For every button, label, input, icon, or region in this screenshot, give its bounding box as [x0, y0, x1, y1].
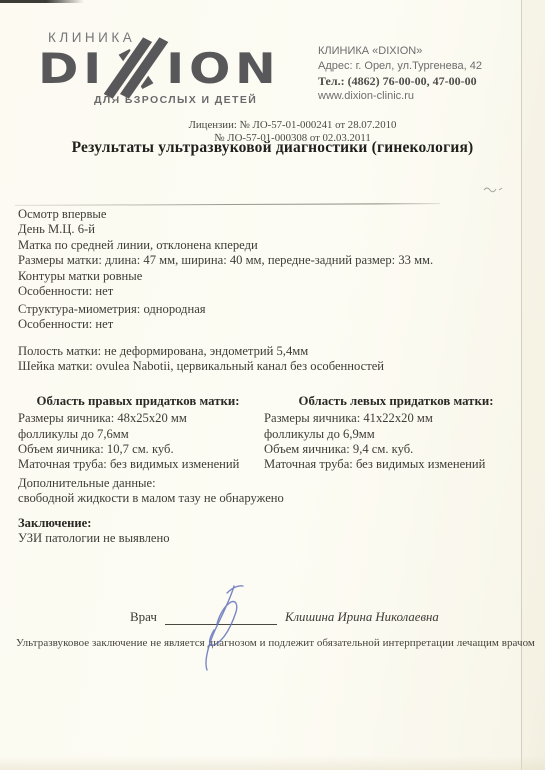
logo-tagline: ДЛЯ ВЗРОСЛЫХ И ДЕТЕЙ: [94, 94, 257, 106]
license-line-1: Лицензии: № ЛО-57-01-000241 от 28.07.201…: [40, 119, 545, 132]
left-adnexa-section: Область левых придатков матки: Размеры я…: [264, 394, 528, 472]
logo-brand-left-letters: DI: [38, 44, 106, 93]
scan-artifact-top-edge: [0, 0, 84, 3]
adnexa-columns: Область правых придатков матки: Размеры …: [18, 394, 528, 472]
conclusion-line: УЗИ патологии не выявлено: [18, 531, 170, 546]
logo-brand-right-letters: ION: [166, 44, 280, 93]
scan-artifact-bottom-shade: [0, 756, 545, 770]
clinic-website: www.dixion-clinic.ru: [318, 89, 482, 104]
scan-smudge-mark: [483, 183, 503, 195]
report-line: Контуры матки ровные: [18, 269, 433, 284]
clinic-contact-block: КЛИНИКА «DIXION» Адрес: г. Орел, ул.Тург…: [318, 44, 482, 104]
report-line: Маточная труба: без видимых изменений: [18, 457, 258, 472]
right-adnexa-heading: Область правых придатков матки:: [18, 394, 258, 409]
additional-data-line: свободной жидкости в малом тазу не обнар…: [18, 491, 284, 506]
report-line: Структура-миометрия: однородная: [18, 302, 206, 317]
report-line: День М.Ц. 6-й: [18, 222, 433, 237]
clinic-logo: КЛИНИКА DI ION ДЛЯ ВЗРОСЛЫХ И ДЕТЕЙ: [38, 30, 257, 106]
left-adnexa-heading: Область левых придатков матки:: [264, 394, 528, 409]
report-line: Матка по средней линии, отклонена кперед…: [18, 238, 433, 253]
scanned-document-page: КЛИНИКА DI ION ДЛЯ ВЗРОСЛЫХ И ДЕТЕЙ КЛИН…: [0, 0, 545, 770]
report-line: Размеры матки: длина: 47 мм, ширина: 40 …: [18, 253, 433, 268]
report-block-general: Осмотр впервые День М.Ц. 6-й Матка по ср…: [18, 207, 433, 300]
report-line: Особенности: нет: [18, 317, 206, 332]
conclusion-section: Заключение: УЗИ патологии не выявлено: [18, 516, 170, 547]
report-block-cavity-cervix: Полость матки: не деформирована, эндомет…: [18, 344, 384, 375]
clinic-phone: Тел.: (4862) 76-00-00, 47-00-00: [318, 74, 482, 89]
document-title: Результаты ультразвуковой диагностики (г…: [10, 139, 535, 157]
header-divider: [15, 203, 440, 206]
right-adnexa-section: Область правых придатков матки: Размеры …: [18, 394, 258, 472]
doctor-signature-ink: [180, 576, 290, 680]
doctor-name: Клишина Ирина Николаевна: [285, 610, 439, 625]
page-edge-shadow: [522, 0, 545, 770]
doctor-label: Врач: [130, 609, 157, 625]
report-line: Шейка матки: ovulea Nabotii, цервикальны…: [18, 359, 384, 374]
report-line: Полость матки: не деформирована, эндомет…: [18, 344, 384, 359]
logo-brand-wordmark: DI ION: [38, 46, 280, 90]
report-line: Маточная труба: без видимых изменений: [264, 457, 528, 472]
clinic-name: КЛИНИКА «DIXION»: [318, 44, 482, 59]
additional-data-section: Дополнительные данные: свободной жидкост…: [18, 476, 284, 507]
report-line: Размеры яичника: 41х22х20 мм: [264, 411, 528, 426]
report-line: фолликулы до 6,9мм: [264, 427, 528, 442]
report-line: фолликулы до 7,6мм: [18, 427, 258, 442]
logo-x-slashes-icon: [108, 48, 164, 88]
report-line: Особенности: нет: [18, 284, 433, 299]
report-line: Объем яичника: 10,7 см. куб.: [18, 442, 258, 457]
report-line: Осмотр впервые: [18, 207, 433, 222]
report-line: Объем яичника: 9,4 см. куб.: [264, 442, 528, 457]
conclusion-heading: Заключение:: [18, 516, 170, 531]
clinic-address: Адрес: г. Орел, ул.Тургенева, 42: [318, 59, 482, 74]
report-line: Размеры яичника: 48х25х20 мм: [18, 411, 258, 426]
additional-data-heading: Дополнительные данные:: [18, 476, 284, 491]
report-block-structure: Структура-миометрия: однородная Особенно…: [18, 302, 206, 333]
